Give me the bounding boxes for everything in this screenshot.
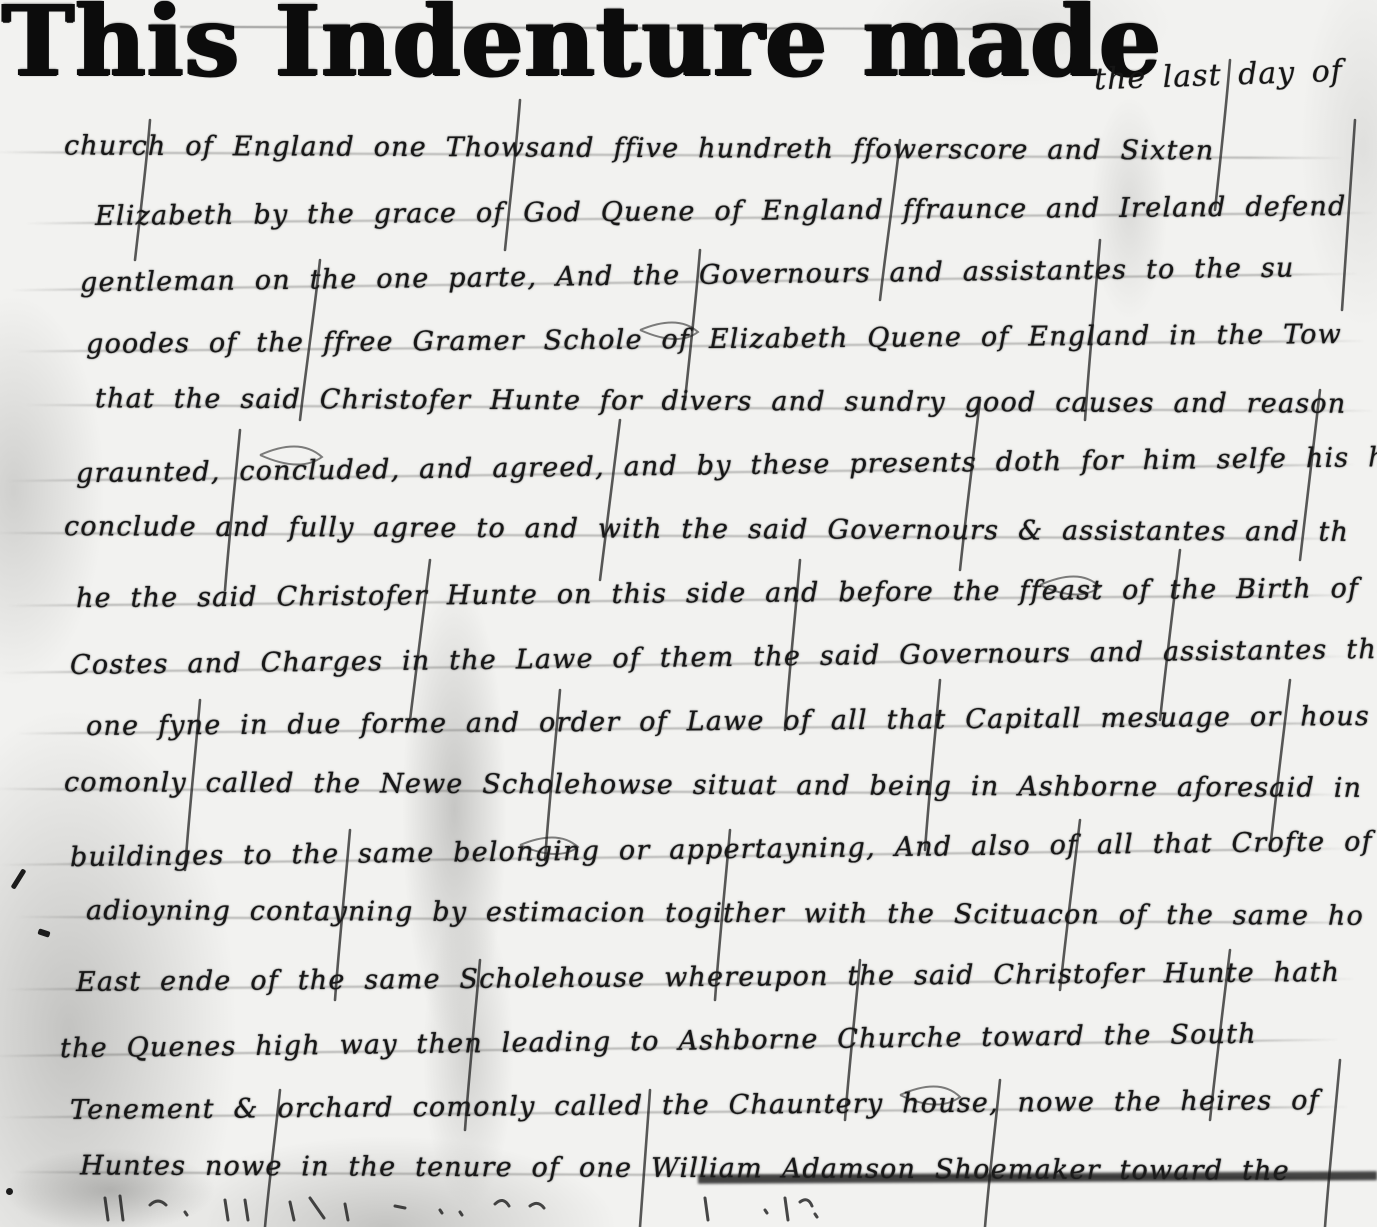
margin-ink-mark [11,868,27,889]
manuscript-line: he the said Christofer Hunte on this sid… [76,575,1377,612]
manuscript-line: Elizabeth by the grace of God Quene of E… [95,193,1347,230]
manuscript-line: goodes of the ffree Gramer Schole of Eli… [86,321,1342,358]
margin-ink-mark [6,1188,13,1195]
manuscript-line: that the said Christofer Hunte for diver… [95,385,1347,417]
manuscript-line: the Quenes high way then leading to Ashb… [60,1021,1257,1063]
blackletter-heading: This Indenture made [2,0,1162,98]
heading-date-phrase: the last day of [1093,54,1343,98]
manuscript-line: Tenement & orchard comonly called the Ch… [70,1087,1320,1124]
manuscript-page: This Indenture made the last day of chur… [0,0,1377,1227]
manuscript-line: Costes and Charges in the Lawe of them t… [70,636,1377,679]
page-title: This Indenture made [2,0,1162,95]
manuscript-line: conclude and fully agree to and with the… [64,513,1349,546]
manuscript-line: buildinges to the same belonging or appe… [70,828,1377,871]
manuscript-line: comonly called the Newe Scholehowse situ… [64,769,1362,802]
manuscript-line: graunted, concluded, and agreed, and by … [76,444,1377,487]
manuscript-line: one fyne in due forme and order of Lawe … [86,703,1370,740]
manuscript-line: church of England one Thowsand ffive hun… [64,132,1214,164]
margin-ink-mark [37,928,50,937]
manuscript-line: gentleman on the one parte, And the Gove… [80,255,1295,297]
manuscript-line: East ende of the same Scholehouse whereu… [76,959,1340,996]
manuscript-line: adioyning contayning by estimacion togit… [86,897,1364,930]
